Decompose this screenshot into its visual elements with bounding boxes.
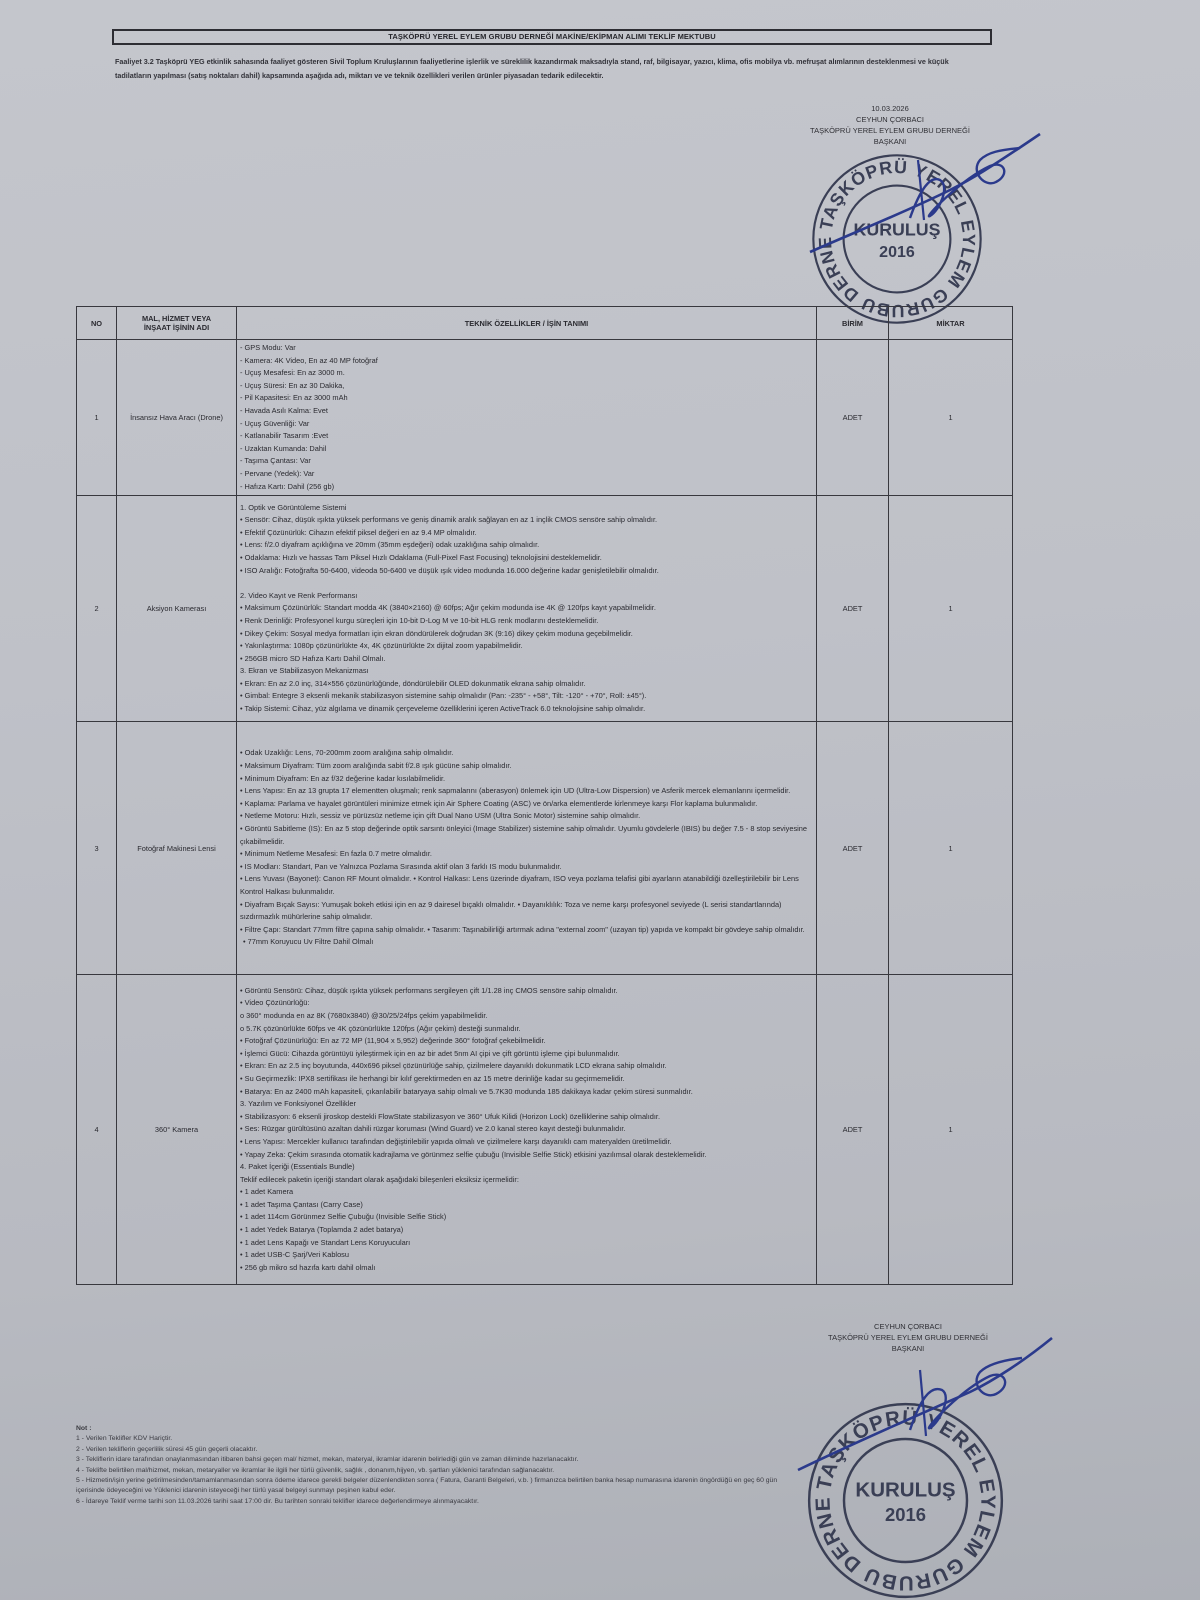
spec-line: - Uçuş Süresi: En az 30 Dakika, (240, 380, 813, 393)
spec-line: - Uçuş Güvenliği: Var (240, 418, 813, 431)
header-unit: BİRİM (817, 307, 889, 340)
document-page: TAŞKÖPRÜ YEREL EYLEM GRUBU DERNEĞİ MAKİN… (0, 0, 1200, 1600)
spec-line: • Lens Yapısı: En az 13 grupta 17 elemen… (240, 785, 813, 798)
spec-line: • Batarya: En az 2400 mAh kapasiteli, çı… (240, 1086, 813, 1099)
spec-line: • 256GB micro SD Hafıza Kartı Dahil Olma… (240, 653, 813, 666)
spec-table: NO MAL, HİZMET VEYA İNŞAAT İŞİNİN ADI TE… (76, 306, 1013, 1285)
row-qty: 1 (889, 340, 1013, 496)
row-unit: ADET (817, 722, 889, 975)
spec-line: • İşlemci Gücü: Cihazda görüntüyü iyileş… (240, 1048, 813, 1061)
row-spec: • Odak Uzaklığı: Lens, 70-200mm zoom ara… (237, 722, 817, 975)
row-item-name: 360° Kamera (117, 975, 237, 1285)
spec-line: • Odak Uzaklığı: Lens, 70-200mm zoom ara… (240, 747, 813, 760)
spec-line: • Sensör: Cihaz, düşük ışıkta yüksek per… (240, 514, 813, 527)
header-no: NO (77, 307, 117, 340)
intro-paragraph: Faaliyet 3.2 Taşköprü YEG etkinlik sahas… (115, 55, 975, 83)
row-spec: - GPS Modu: Var- Kamera: 4K Video, En az… (237, 340, 817, 496)
signer-org: TAŞKÖPRÜ YEREL EYLEM GRUBU DERNEĞİ (790, 125, 990, 136)
row-qty: 1 (889, 496, 1013, 722)
document-title: TAŞKÖPRÜ YEREL EYLEM GRUBU DERNEĞİ MAKİN… (112, 29, 992, 45)
spec-line: 2. Video Kayıt ve Renk Performansı (240, 590, 813, 603)
spec-line: - Kamera: 4K Video, En az 40 MP fotoğraf (240, 355, 813, 368)
spec-line: 1. Optik ve Görüntüleme Sistemi (240, 502, 813, 515)
spec-line: • 256 gb mikro sd hazıfa kartı dahil olm… (240, 1262, 813, 1275)
spec-line: • Su Geçirmezlik: IPX8 sertifikası ile h… (240, 1073, 813, 1086)
spec-line: - Taşıma Çantası: Var (240, 455, 813, 468)
spec-line: • 1 adet USB-C Şarj/Veri Kablosu (240, 1249, 813, 1262)
signer-block-bottom: CEYHUN ÇORBACI TAŞKÖPRÜ YEREL EYLEM GRUB… (808, 1321, 1008, 1354)
association-stamp-icon: TAŞKÖPRÜ YEREL EYLEM GURUBU DERNEĞİ KURU… (808, 150, 986, 328)
note-item: 1 - Verilen Teklifler KDV Hariçtir. (76, 1434, 796, 1444)
spec-line: 4. Paket İçeriği (Essentials Bundle) (240, 1161, 813, 1174)
spec-line: • Yapay Zeka: Çekim sırasında otomatik k… (240, 1149, 813, 1162)
spec-line: • Odaklama: Hızlı ve hassas Tam Piksel H… (240, 552, 813, 565)
stamp-center-line1: KURULUŞ (855, 1478, 955, 1501)
spec-line: 3. Yazılım ve Fonksiyonel Özellikler (240, 1098, 813, 1111)
spec-line: • 77mm Koruyucu Uv Filtre Dahil Olmalı (240, 936, 813, 949)
spec-line: • Video Çözünürlüğü: (240, 997, 813, 1010)
spec-line: • 1 adet Lens Kapağı ve Standart Lens Ko… (240, 1237, 813, 1250)
header-name: MAL, HİZMET VEYA İNŞAAT İŞİNİN ADI (117, 307, 237, 340)
spec-line: • Fotoğraf Çözünürlüğü: En az 72 MP (11,… (240, 1035, 813, 1048)
spec-line: • Filtre Çapı: Standart 77mm filtre çapı… (240, 924, 813, 937)
spec-line: o 360° modunda en az 8K (7680x3840) @30/… (240, 1010, 813, 1023)
signer-block-top: 10.03.2026 CEYHUN ÇORBACI TAŞKÖPRÜ YEREL… (790, 103, 990, 147)
spec-line: 3. Ekran ve Stabilizasyon Mekanizması (240, 665, 813, 678)
table-row: 1İnsansız Hava Aracı (Drone)- GPS Modu: … (77, 340, 1013, 496)
table-header-row: NO MAL, HİZMET VEYA İNŞAAT İŞİNİN ADI TE… (77, 307, 1013, 340)
row-spec: • Görüntü Sensörü: Cihaz, düşük ışıkta y… (237, 975, 817, 1285)
header-qty: MİKTAR (889, 307, 1013, 340)
spec-line: • Ekran: En az 2.0 inç, 314×556 çözünürl… (240, 678, 813, 691)
row-item-name: Aksiyon Kamerası (117, 496, 237, 722)
spec-line: - Katlanabilir Tasarım :Evet (240, 430, 813, 443)
signer-name: CEYHUN ÇORBACI (808, 1321, 1008, 1332)
spec-line: • IS Modları: Standart, Pan ve Yalnızca … (240, 861, 813, 874)
row-no: 2 (77, 496, 117, 722)
note-item: 6 - İdareye Teklif verme tarihi son 11.0… (76, 1497, 796, 1507)
spec-line: • Efektif Çözünürlük: Cihazın efektif pi… (240, 527, 813, 540)
note-item: 4 - Teklifte belirtilen mal/hizmet, meka… (76, 1466, 796, 1476)
note-item: 2 - Verilen tekliflerin geçerlilik süres… (76, 1445, 796, 1455)
spec-line: • Minimum Diyafram: En az f/32 değerine … (240, 773, 813, 786)
spec-line: • 1 adet Kamera (240, 1186, 813, 1199)
spec-line: • Lens: f/2.0 diyafram açıklığına ve 20m… (240, 539, 813, 552)
spec-line: • Netleme Motoru: Hızlı, sessiz ve pürüz… (240, 810, 813, 823)
letter-date: 10.03.2026 (790, 103, 990, 114)
note-item: 5 - Hizmetin/işin yerine getirilmesinden… (76, 1476, 796, 1497)
note-item: 3 - Tekliflerin idare tarafından onaylan… (76, 1455, 796, 1465)
spec-line: • Yakınlaştırma: 1080p çözünürlükte 4x, … (240, 640, 813, 653)
spec-line: • Minimum Netleme Mesafesi: En fazla 0.7… (240, 848, 813, 861)
row-no: 1 (77, 340, 117, 496)
stamp-center-line2: 2016 (885, 1504, 926, 1525)
header-name-line1: MAL, HİZMET VEYA (118, 314, 235, 323)
notes-section: Not : 1 - Verilen Teklifler KDV Hariçtir… (76, 1424, 796, 1507)
signer-name: CEYHUN ÇORBACI (790, 114, 990, 125)
row-item-name: İnsansız Hava Aracı (Drone) (117, 340, 237, 496)
spec-line: • 1 adet Taşıma Çantası (Carry Case) (240, 1199, 813, 1212)
notes-heading: Not : (76, 1424, 796, 1434)
association-stamp-icon: TAŞKÖPRÜ YEREL EYLEM GURUBU DERNEĞİ KURU… (803, 1398, 1008, 1600)
stamp-center-line1: KURULUŞ (854, 219, 941, 239)
table-row: 3Fotoğraf Makinesi Lensi• Odak Uzaklığı:… (77, 722, 1013, 975)
spec-line: - Pil Kapasitesi: En az 3000 mAh (240, 392, 813, 405)
spec-line: • Maksimum Çözünürlük: Standart modda 4K… (240, 602, 813, 615)
table-row: 4360° Kamera• Görüntü Sensörü: Cihaz, dü… (77, 975, 1013, 1285)
spec-line: • Kaplama: Parlama ve hayalet görüntüler… (240, 798, 813, 811)
row-no: 3 (77, 722, 117, 975)
spec-line: • 1 adet Yedek Batarya (Toplamda 2 adet … (240, 1224, 813, 1237)
spec-line: - Uçuş Mesafesi: En az 3000 m. (240, 367, 813, 380)
spec-line: • Diyafram Bıçak Sayısı: Yumuşak bokeh e… (240, 899, 813, 924)
spec-line: • 1 adet 114cm Görünmez Selfie Çubuğu (I… (240, 1211, 813, 1224)
spec-line: • Dikey Çekim: Sosyal medya formatları i… (240, 628, 813, 641)
spec-line: • Lens Yuvası (Bayonet): Canon RF Mount … (240, 873, 813, 898)
header-name-line2: İNŞAAT İŞİNİN ADI (118, 323, 235, 332)
spec-line: - Pervane (Yedek): Var (240, 468, 813, 481)
signer-org: TAŞKÖPRÜ YEREL EYLEM GRUBU DERNEĞİ (808, 1332, 1008, 1343)
spec-line: • Görüntü Sabitleme (IS): En az 5 stop d… (240, 823, 813, 848)
spec-line: - Uzaktan Kumanda: Dahil (240, 443, 813, 456)
spec-line: • Görüntü Sensörü: Cihaz, düşük ışıkta y… (240, 985, 813, 998)
header-spec: TEKNİK ÖZELLİKLER / İŞİN TANIMI (237, 307, 817, 340)
spec-line: Teklif edilecek paketin içeriği standart… (240, 1174, 813, 1187)
spec-line: • Gimbal: Entegre 3 eksenli mekanik stab… (240, 690, 813, 703)
signer-role: BAŞKANI (808, 1343, 1008, 1354)
row-item-name: Fotoğraf Makinesi Lensi (117, 722, 237, 975)
spec-line: • Renk Derinliği: Profesyonel kurgu süre… (240, 615, 813, 628)
spec-line: • Ekran: En az 2.5 inç boyutunda, 440x69… (240, 1060, 813, 1073)
signer-role: BAŞKANI (790, 136, 990, 147)
row-no: 4 (77, 975, 117, 1285)
spec-line: • Lens Yapısı: Mercekler kullanıcı taraf… (240, 1136, 813, 1149)
spec-line (240, 577, 813, 590)
spec-line: - GPS Modu: Var (240, 342, 813, 355)
spec-line: • Ses: Rüzgar gürültüsünü azaltan dahili… (240, 1123, 813, 1136)
table-row: 2Aksiyon Kamerası1. Optik ve Görüntüleme… (77, 496, 1013, 722)
row-qty: 1 (889, 975, 1013, 1285)
spec-line: • Takip Sistemi: Cihaz, yüz algılama ve … (240, 703, 813, 716)
row-qty: 1 (889, 722, 1013, 975)
spec-line: - Hafıza Kartı: Dahil (256 gb) (240, 481, 813, 494)
spec-line: - Havada Asılı Kalma: Evet (240, 405, 813, 418)
row-unit: ADET (817, 975, 889, 1285)
spec-line: • Stabilizasyon: 6 eksenli jiroskop dest… (240, 1111, 813, 1124)
spec-line: o 5.7K çözünürlükte 60fps ve 4K çözünürl… (240, 1023, 813, 1036)
spec-line: • ISO Aralığı: Fotoğrafta 50-6400, video… (240, 565, 813, 578)
row-spec: 1. Optik ve Görüntüleme Sistemi• Sensör:… (237, 496, 817, 722)
row-unit: ADET (817, 496, 889, 722)
row-unit: ADET (817, 340, 889, 496)
stamp-center-line2: 2016 (879, 243, 915, 261)
spec-line: • Maksimum Diyafram: Tüm zoom aralığında… (240, 760, 813, 773)
